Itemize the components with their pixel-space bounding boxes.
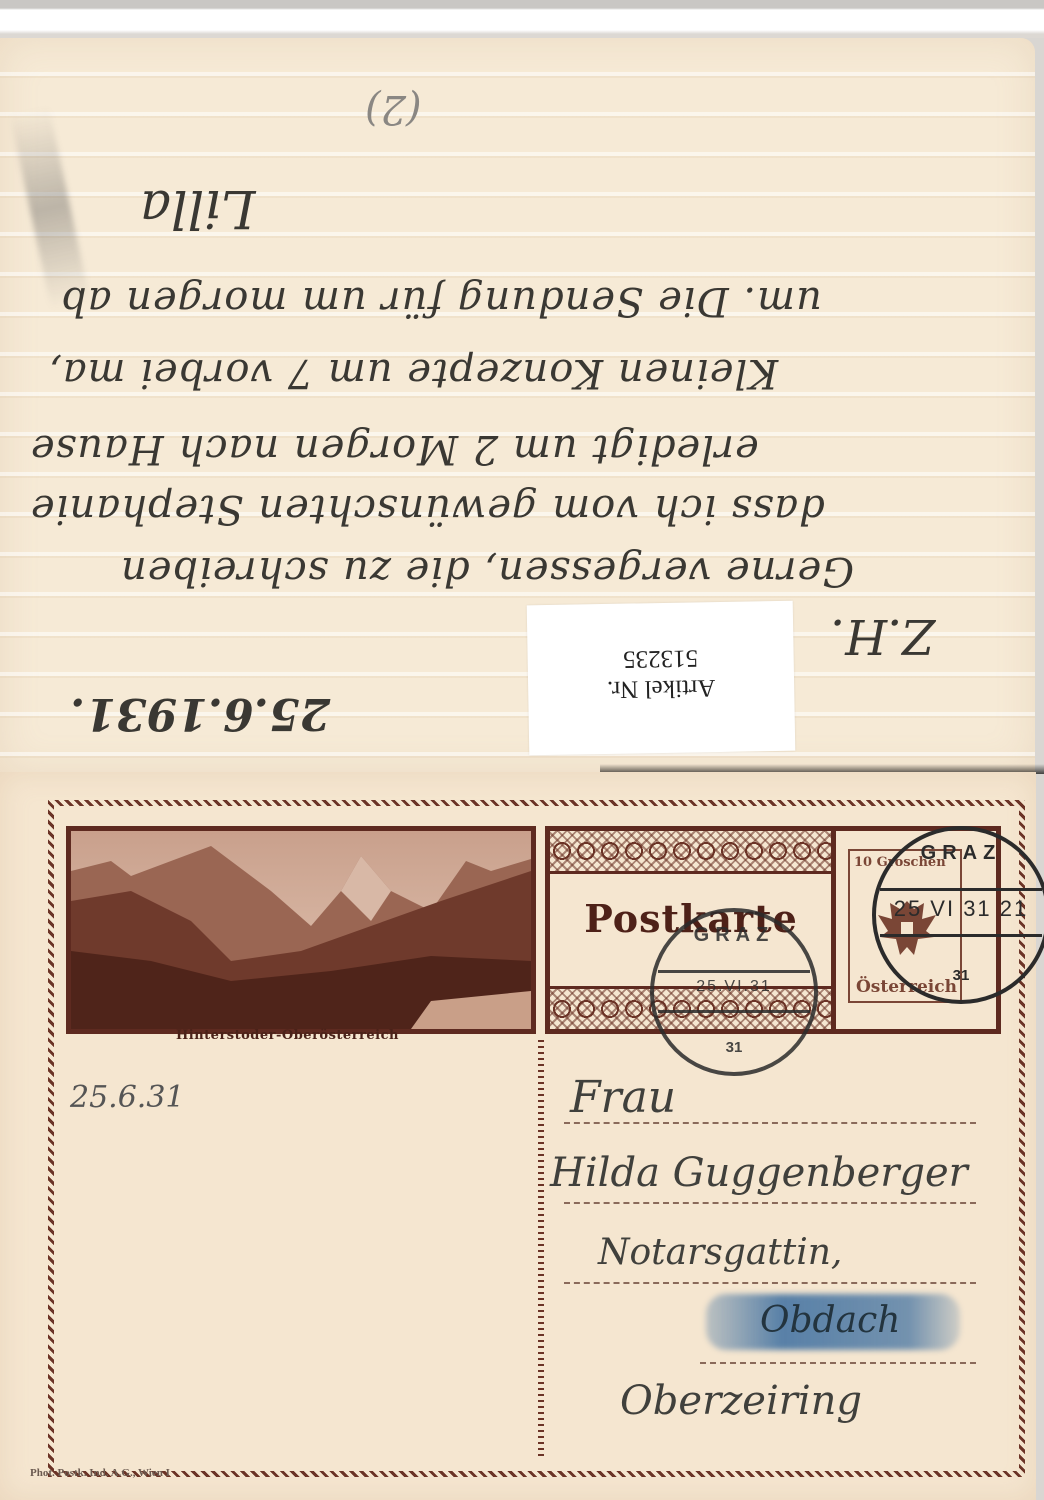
postmark-number: 31 (654, 1039, 814, 1056)
address-line (700, 1362, 976, 1364)
postmark-number: 31 (876, 967, 1044, 984)
ornament-band-top (550, 831, 832, 874)
photo-caption: Hinterstoder-Oberösterreich (176, 1028, 399, 1043)
address-name: Hilda Guggenberger (550, 1150, 968, 1196)
postmark-1: GRAZ 25.VI.31 31 (650, 908, 818, 1076)
address-line (564, 1282, 976, 1284)
postcard-back: (2) Lilla um. Die Sendung für um morgen … (0, 38, 1035, 773)
postmark-city: GRAZ (654, 924, 814, 947)
article-number: 513235 (527, 641, 793, 676)
article-label-title: Artikel Nr. (528, 671, 794, 706)
postmark-2: GRAZ 25 VI 31 21 31 (872, 826, 1044, 1004)
postmark-city: GRAZ (876, 842, 1044, 865)
pencil-mark: (2) (365, 86, 422, 132)
signature: Lilla (140, 178, 255, 238)
address-title: Notarsgattin, (598, 1232, 842, 1273)
initials-note: Z.H. (830, 608, 935, 664)
scan-top-edge (0, 0, 1044, 38)
message-line-3: erledigt um 2 Morgen nach Hause (30, 426, 759, 472)
address-salutation: Frau (570, 1072, 676, 1123)
message-line-1: Gerne vergessen, die zu schreiben (120, 548, 854, 594)
message-line-2: dass ich vom gewünschten Stephanie (30, 486, 825, 532)
message-line-5: um. Die Sendung für um morgen ab (60, 278, 822, 324)
back-date-note: 25.6.1931. (70, 688, 330, 739)
mountain-landscape-image (66, 826, 536, 1034)
ornamental-divider (538, 1040, 544, 1460)
front-date-note: 25.6.31 (70, 1080, 185, 1115)
address-line (564, 1202, 976, 1204)
article-label: Artikel Nr. 513235 (527, 601, 796, 756)
postmark-date: 25.VI.31 (654, 978, 814, 996)
postmark-date: 25 VI 31 21 (876, 896, 1044, 922)
address-place: Oberzeiring (620, 1378, 862, 1424)
message-line-4: Kleinen Konzepte um 7 vorbei ma, (48, 350, 778, 396)
address-struck-place: Obdach (760, 1300, 900, 1341)
printer-imprint: Phot. Postk. Ind. A.G., Wien I (30, 1467, 170, 1479)
